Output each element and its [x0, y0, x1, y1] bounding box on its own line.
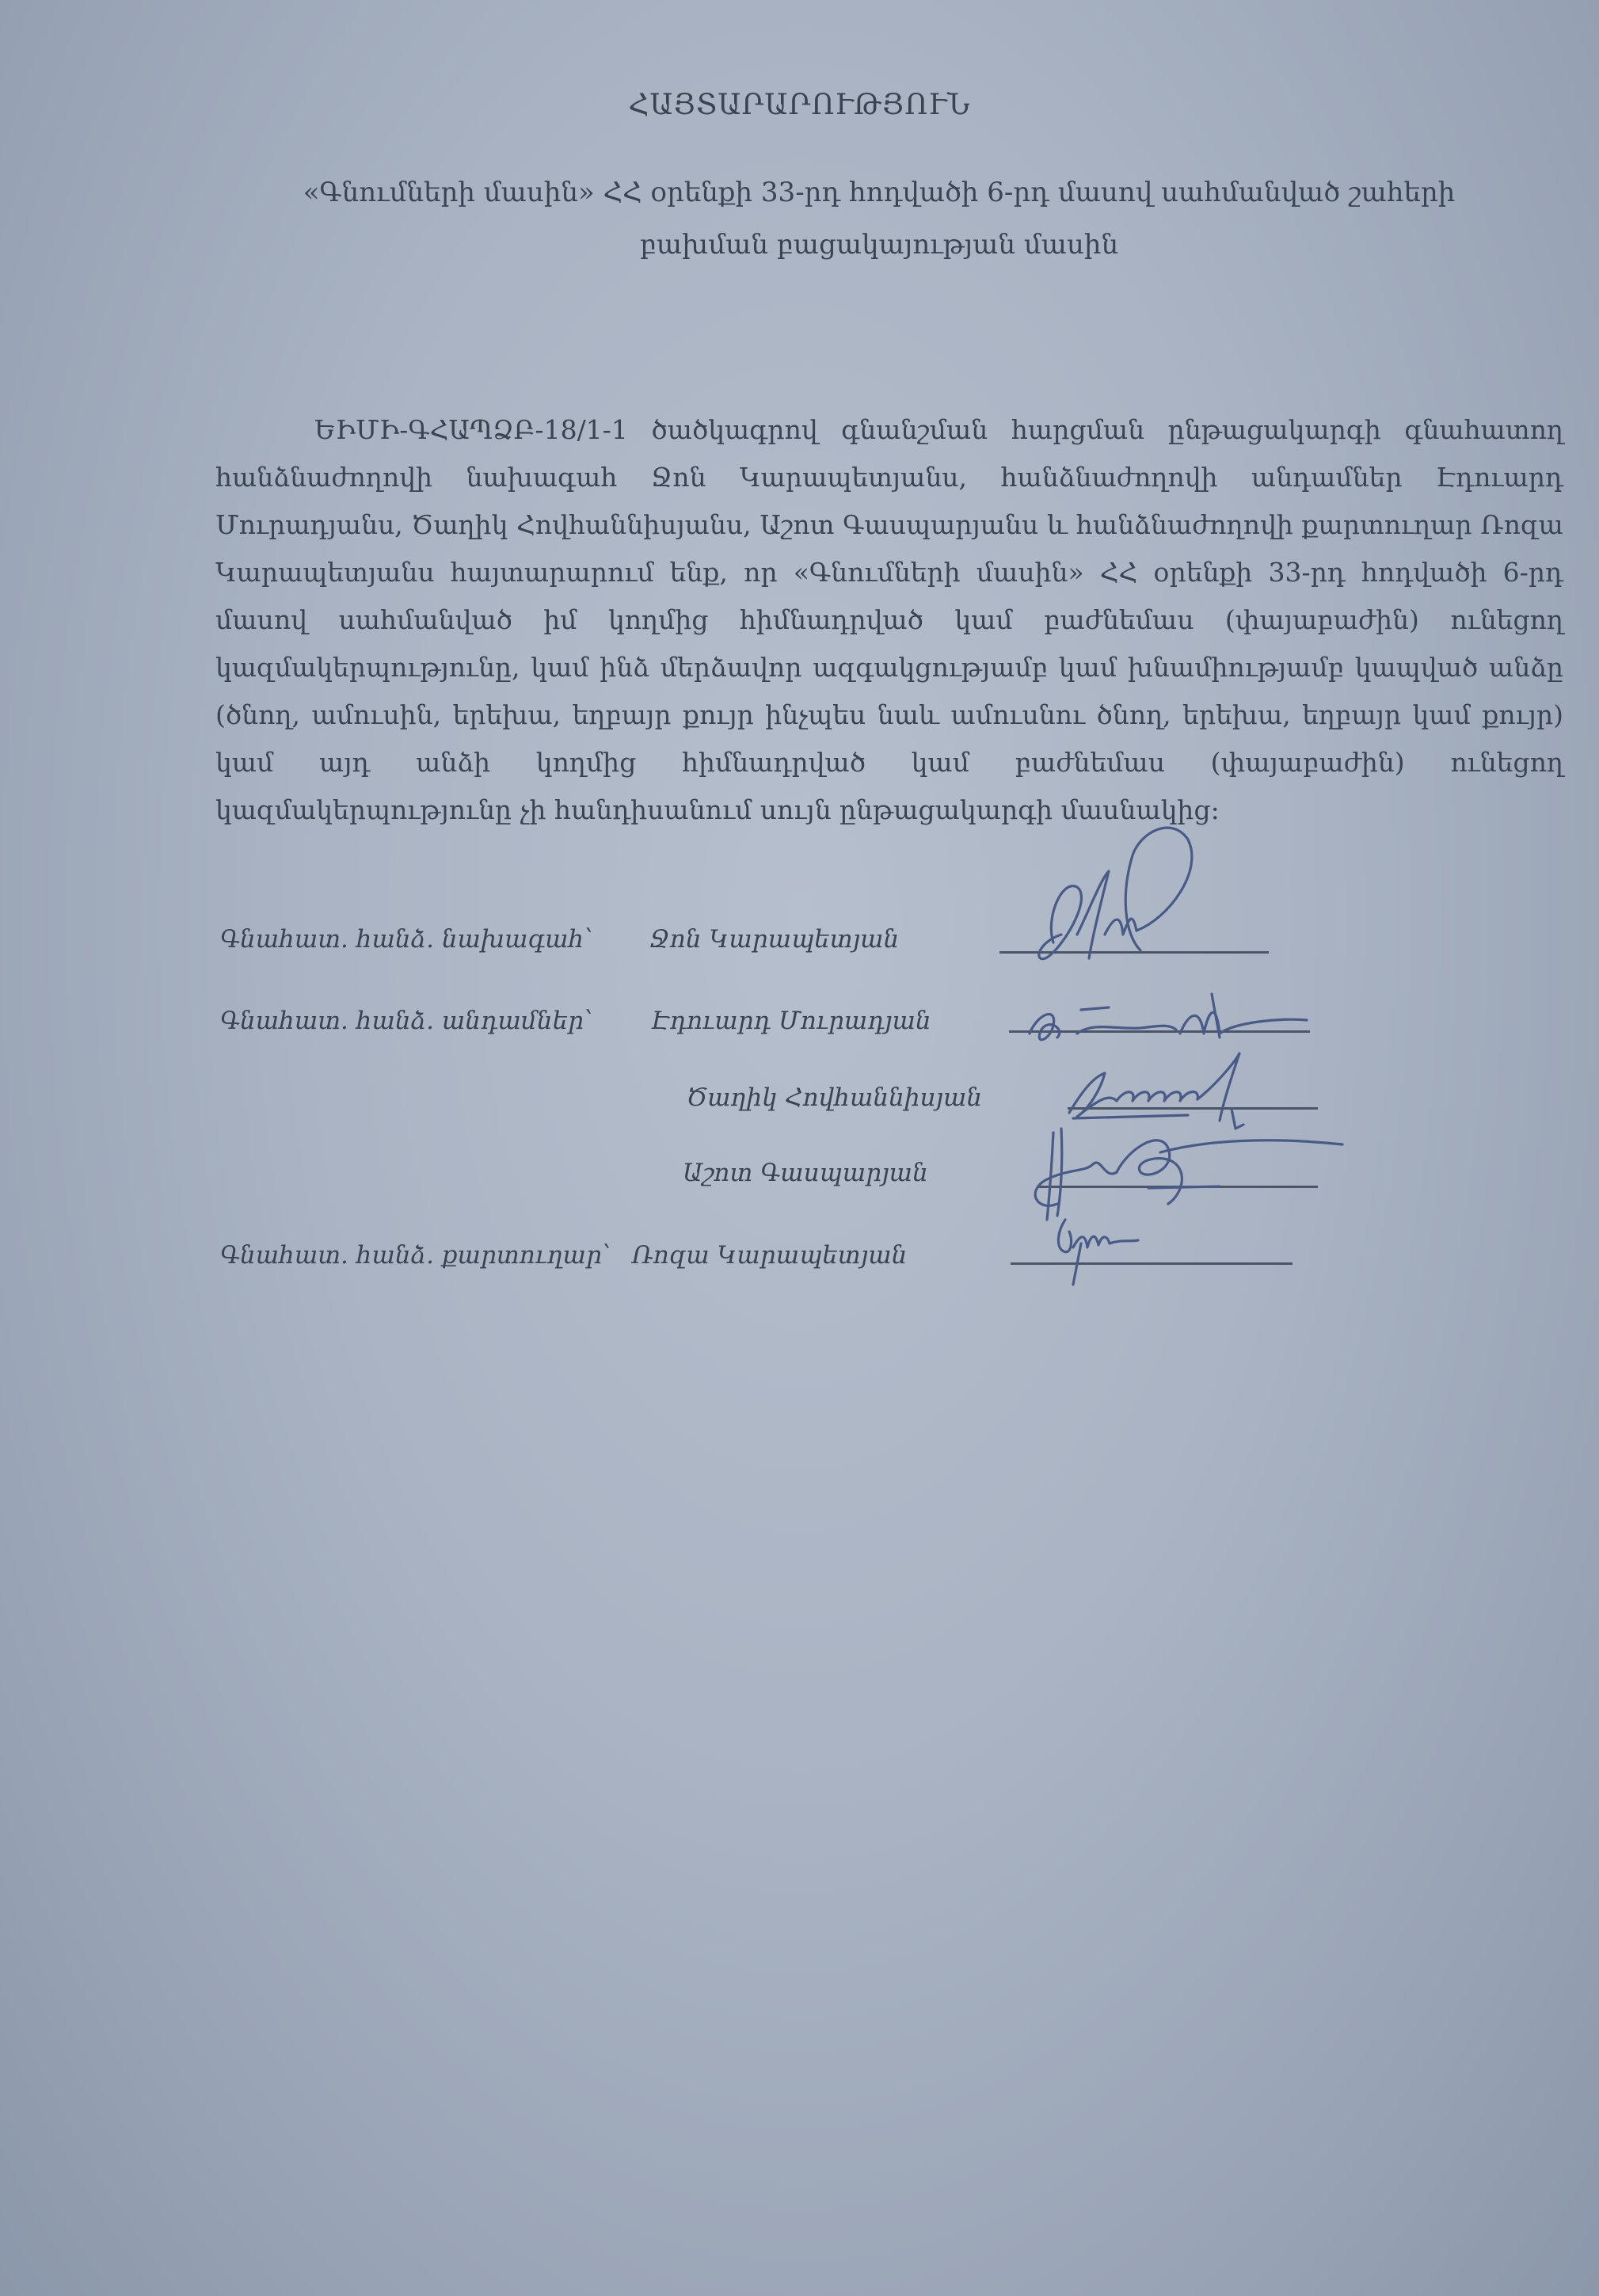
handwritten-signature [1049, 1212, 1152, 1287]
signature-name: Ծաղիկ Հովհաննիսյան [687, 1083, 982, 1112]
handwritten-signature [1030, 824, 1235, 982]
signature-name: Էդուարդ Մուրադյան [651, 1007, 931, 1035]
signature-role: Գնահատ. հանձ. նախագահ՝ [220, 925, 592, 954]
signature-name: Ջոն Կարապետյան [649, 925, 899, 954]
signature-name: Աշոտ Գասպարյան [683, 1159, 928, 1187]
signature-role: Գնահատ. հանձ. անդամներ՝ [220, 1007, 592, 1035]
handwritten-signature [1030, 1117, 1346, 1228]
signature-role: Գնահատ. հանձ. քարտուղար՝ [220, 1241, 611, 1270]
subtitle-line-1: «Գնումների մասին» ՀՀ օրենքի 33-րդ հոդված… [222, 166, 1536, 219]
document-title: ՀԱՅՏԱՐԱՐՈՒԹՅՈՒՆ [0, 89, 1599, 121]
signature-name: Ռոզա Կարապետյան [632, 1241, 907, 1270]
document-subtitle: «Գնումների մասին» ՀՀ օրենքի 33-րդ հոդված… [222, 166, 1536, 271]
subtitle-line-2: բախման բացակայության մասին [222, 219, 1536, 271]
declaration-body: ԵԻՄԻ-ԳՀԱՊՁԲ-18/1-1 ծածկագրով գնանշման հա… [215, 406, 1563, 834]
